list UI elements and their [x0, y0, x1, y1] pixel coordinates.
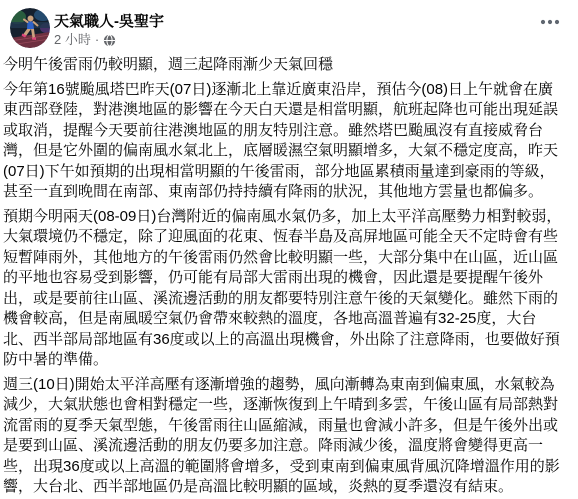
- globe-icon: [103, 34, 116, 47]
- author-name[interactable]: 天氣職人-吳聖宇: [54, 12, 164, 31]
- post-paragraph: 今年第16號颱風塔巴昨天(07日)逐漸北上靠近廣東沿岸，預估今(08)日上午就會…: [3, 80, 575, 203]
- post-title: 今明午後雷雨仍較明顯，週三起降雨漸少天氣回穩: [3, 55, 575, 76]
- post-meta: 2 小時 ·: [54, 32, 562, 48]
- post-header: 天氣職人-吳聖宇 2 小時 ·: [0, 0, 578, 50]
- post-header-text: 天氣職人-吳聖宇 2 小時 ·: [10, 8, 562, 48]
- meta-separator: ·: [95, 32, 99, 48]
- avatar[interactable]: [10, 8, 50, 48]
- facebook-post: 天氣職人-吳聖宇 2 小時 · 今明午後雷雨仍: [0, 0, 578, 499]
- more-horizontal-icon: [540, 19, 560, 25]
- post-body: 今明午後雷雨仍較明顯，週三起降雨漸少天氣回穩 今年第16號颱風塔巴昨天(07日)…: [0, 50, 578, 498]
- avatar-runner-image: [10, 8, 50, 48]
- timestamp[interactable]: 2 小時: [54, 32, 91, 48]
- post-options-button[interactable]: [536, 12, 564, 32]
- post-paragraph: 週三(10日)開始太平洋高壓有逐漸增強的趨勢，風向漸轉為東南到偏東風，水氣較為 …: [3, 375, 575, 498]
- post-paragraph: 預期今明兩天(08-09日)台灣附近的偏南風水氣仍多，加上太平洋高壓勢力相對較弱…: [3, 207, 575, 371]
